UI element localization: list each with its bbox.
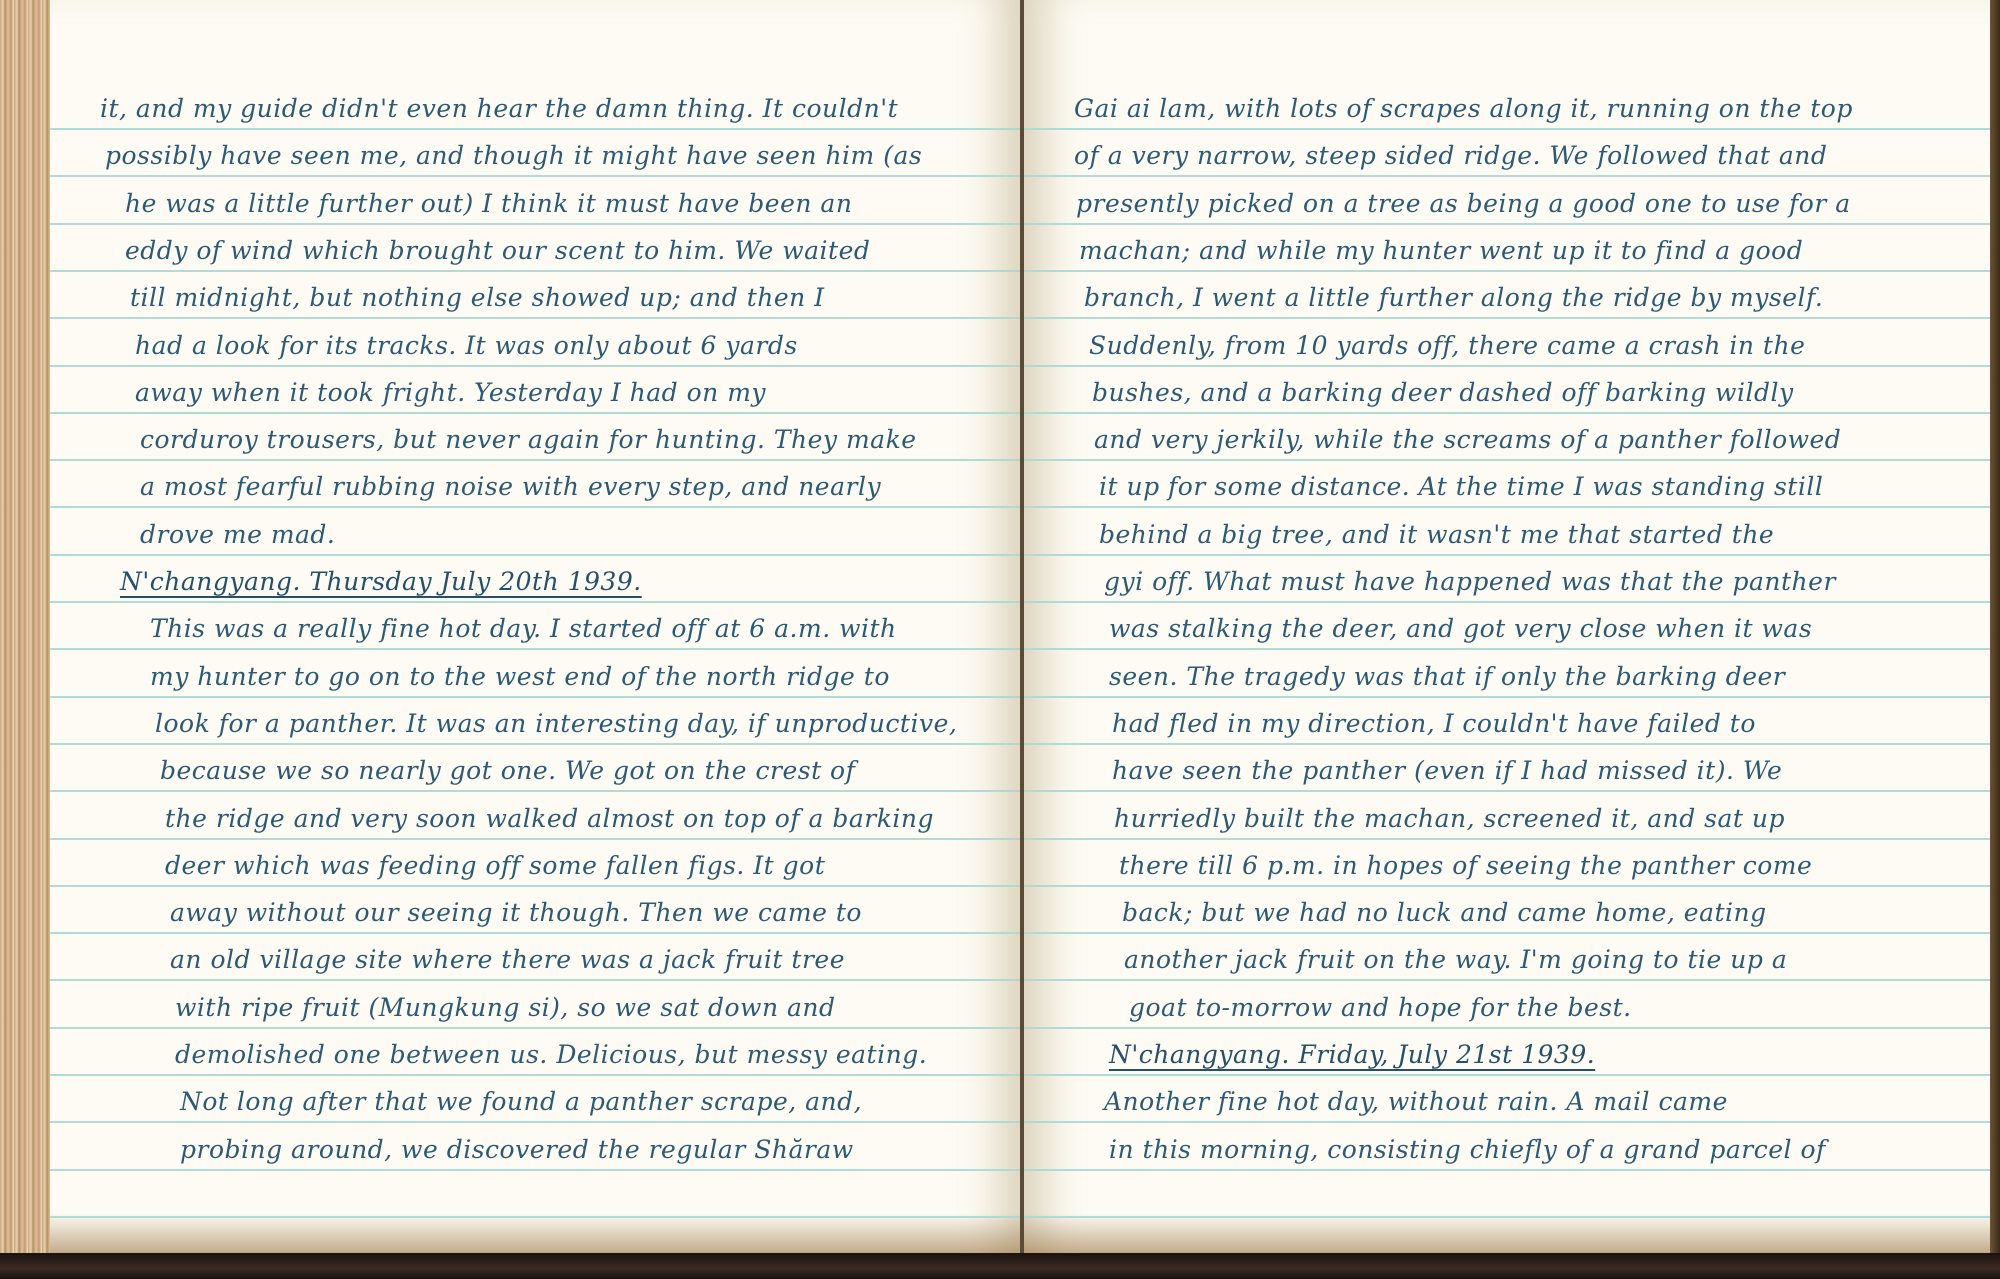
text-line: was stalking the deer, and got very clos… <box>1109 614 1812 643</box>
right-page: Gai ai lam, with lots of scrapes along i… <box>1024 0 1990 1253</box>
text-line: possibly have seen me, and though it mig… <box>105 141 922 170</box>
ruled-line <box>1024 128 1990 130</box>
entry-heading: N'changyang. Thursday July 20th 1939. <box>120 567 642 596</box>
ruled-line <box>1024 648 1990 650</box>
text-line: till midnight, but nothing else showed u… <box>130 283 825 312</box>
ruled-line <box>1024 506 1990 508</box>
ruled-line <box>50 1216 1020 1218</box>
text-line: look for a panther. It was an interestin… <box>155 709 957 738</box>
ruled-line <box>50 838 1020 840</box>
book-cover-edge <box>1990 0 2000 1253</box>
text-line: it, and my guide didn't even hear the da… <box>100 94 898 123</box>
ruled-line <box>50 365 1020 367</box>
ruled-line <box>50 506 1020 508</box>
text-line: corduroy trousers, but never again for h… <box>140 425 917 454</box>
page-stain <box>1024 1213 1990 1253</box>
ruled-line <box>50 790 1020 792</box>
ruled-line <box>50 1169 1020 1171</box>
ruled-line <box>50 128 1020 130</box>
ruled-line <box>50 743 1020 745</box>
ruled-line <box>50 1074 1020 1076</box>
ruled-line <box>50 175 1020 177</box>
ruled-line <box>1024 270 1990 272</box>
ruled-line <box>1024 317 1990 319</box>
ruled-line <box>1024 601 1990 603</box>
scan-background <box>0 1253 2000 1279</box>
ruled-line <box>50 979 1020 981</box>
text-line: deer which was feeding off some fallen f… <box>165 851 825 880</box>
text-line: bushes, and a barking deer dashed off ba… <box>1092 378 1794 407</box>
ruled-line <box>1024 932 1990 934</box>
text-line: it up for some distance. At the time I w… <box>1099 472 1823 501</box>
text-line: gyi off. What must have happened was tha… <box>1104 567 1836 596</box>
ruled-line <box>1024 554 1990 556</box>
text-line: machan; and while my hunter went up it t… <box>1079 236 1803 265</box>
text-line: he was a little further out) I think it … <box>125 189 852 218</box>
ruled-line <box>50 317 1020 319</box>
text-line: probing around, we discovered the regula… <box>180 1135 854 1164</box>
text-line: This was a really fine hot day. I starte… <box>150 614 897 643</box>
ruled-line <box>1024 838 1990 840</box>
text-line: presently picked on a tree as being a go… <box>1076 189 1851 218</box>
ruled-line <box>1024 743 1990 745</box>
text-line: back; but we had no luck and came home, … <box>1122 898 1767 927</box>
text-line: behind a big tree, and it wasn't me that… <box>1099 520 1774 549</box>
text-line: away without our seeing it though. Then … <box>170 898 862 927</box>
ruled-line <box>1024 459 1990 461</box>
text-line: because we so nearly got one. We got on … <box>160 756 855 785</box>
diary-spread: it, and my guide didn't even hear the da… <box>0 0 2000 1253</box>
ruled-line <box>1024 1074 1990 1076</box>
text-line: have seen the panther (even if I had mis… <box>1112 756 1782 785</box>
ruled-line <box>50 223 1020 225</box>
text-line: eddy of wind which brought our scent to … <box>125 236 870 265</box>
ruled-line <box>1024 790 1990 792</box>
text-line: and very jerkily, while the screams of a… <box>1094 425 1841 454</box>
text-line: an old village site where there was a ja… <box>170 945 845 974</box>
ruled-line <box>1024 223 1990 225</box>
text-line: the ridge and very soon walked almost on… <box>165 804 934 833</box>
ruled-line <box>1024 1121 1990 1123</box>
ruled-line <box>1024 1216 1990 1218</box>
text-line: hurriedly built the machan, screened it,… <box>1114 804 1785 833</box>
ruled-line <box>50 412 1020 414</box>
text-line: of a very narrow, steep sided ridge. We … <box>1074 141 1827 170</box>
ruled-line <box>50 932 1020 934</box>
ruled-line <box>50 459 1020 461</box>
ruled-line <box>1024 175 1990 177</box>
ruled-line <box>1024 885 1990 887</box>
text-line: had fled in my direction, I couldn't hav… <box>1112 709 1756 738</box>
ruled-line <box>1024 1169 1990 1171</box>
ruled-line <box>50 270 1020 272</box>
ruled-line <box>1024 1027 1990 1029</box>
ruled-line <box>50 1121 1020 1123</box>
page-stain <box>50 1213 1020 1253</box>
text-line: Suddenly, from 10 yards off, there came … <box>1089 331 1805 360</box>
ruled-line <box>50 885 1020 887</box>
text-line: seen. The tragedy was that if only the b… <box>1109 662 1785 691</box>
text-line: Gai ai lam, with lots of scrapes along i… <box>1074 94 1853 123</box>
text-line: goat to-morrow and hope for the best. <box>1129 993 1632 1022</box>
text-line: with ripe fruit (Mungkung si), so we sat… <box>175 993 836 1022</box>
ruled-line <box>50 648 1020 650</box>
text-line: my hunter to go on to the west end of th… <box>150 662 890 691</box>
entry-heading: N'changyang. Friday, July 21st 1939. <box>1109 1040 1595 1069</box>
ruled-line <box>50 601 1020 603</box>
ruled-line <box>1024 412 1990 414</box>
text-line: Another fine hot day, without rain. A ma… <box>1104 1087 1728 1116</box>
text-line: another jack fruit on the way. I'm going… <box>1124 945 1787 974</box>
text-line: in this morning, consisting chiefly of a… <box>1109 1135 1826 1164</box>
text-line: demolished one between us. Delicious, bu… <box>175 1040 927 1069</box>
ruled-line <box>50 554 1020 556</box>
left-page: it, and my guide didn't even hear the da… <box>50 0 1020 1253</box>
page-edges <box>0 0 50 1253</box>
text-line: had a look for its tracks. It was only a… <box>135 331 798 360</box>
text-line: drove me mad. <box>140 520 335 549</box>
ruled-line <box>50 696 1020 698</box>
ruled-line <box>50 1027 1020 1029</box>
ruled-line <box>1024 979 1990 981</box>
ruled-line <box>1024 365 1990 367</box>
text-line: there till 6 p.m. in hopes of seeing the… <box>1119 851 1812 880</box>
text-line: a most fearful rubbing noise with every … <box>140 472 881 501</box>
text-line: away when it took fright. Yesterday I ha… <box>135 378 766 407</box>
text-line: branch, I went a little further along th… <box>1084 283 1823 312</box>
text-line: Not long after that we found a panther s… <box>180 1087 862 1116</box>
ruled-line <box>1024 696 1990 698</box>
